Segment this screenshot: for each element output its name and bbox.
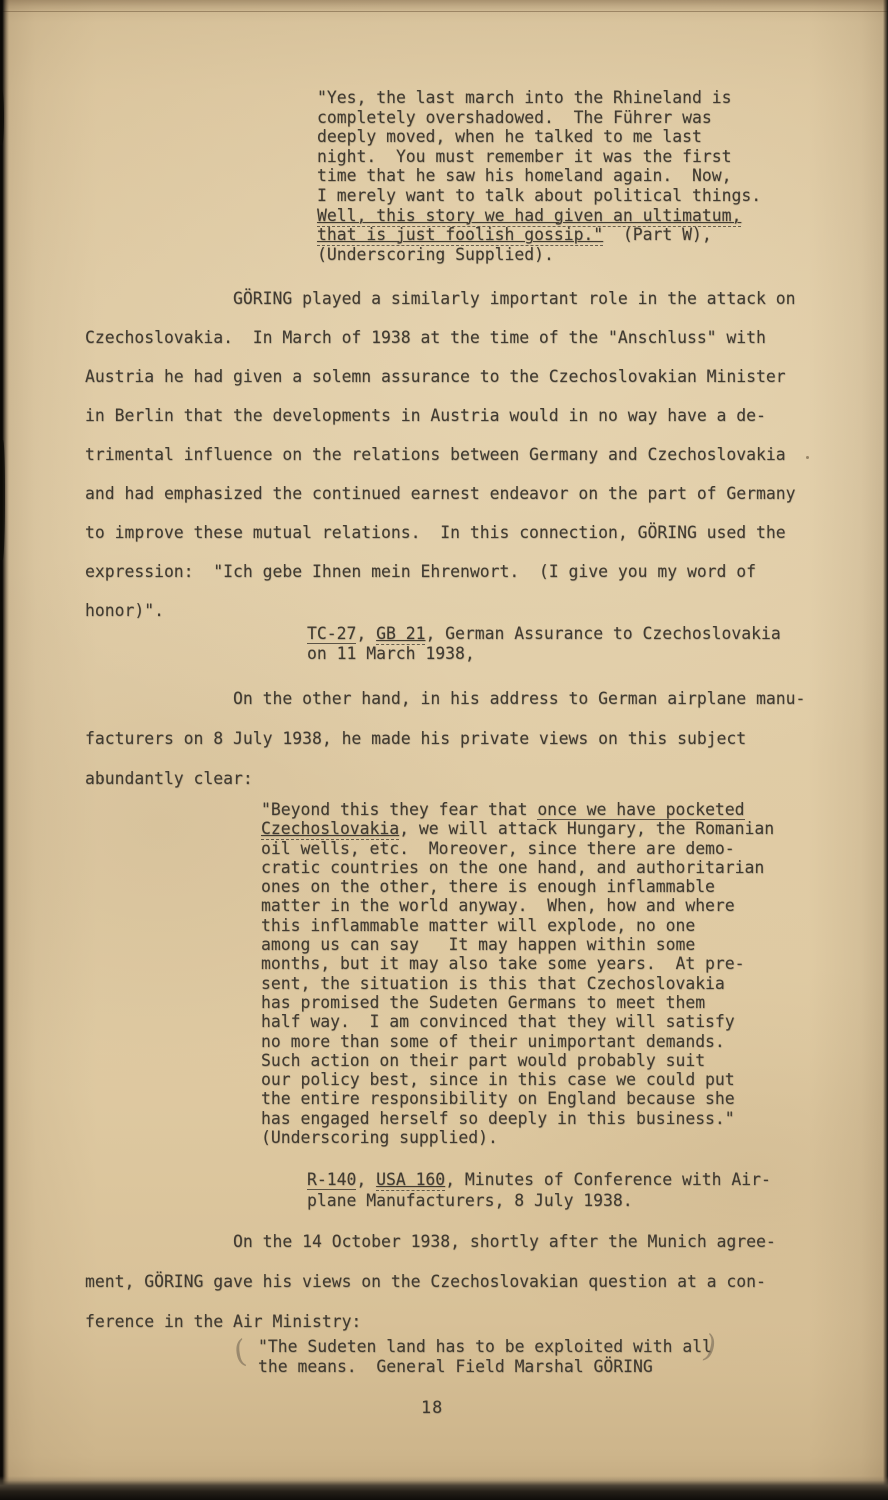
text-line: (Underscoring supplied).	[261, 1128, 774, 1147]
text-line: "Yes, the last march into the Rhineland …	[317, 88, 761, 108]
underscored-text: once we have pocketed	[537, 800, 744, 820]
typed-text: "Beyond this they fear that	[261, 800, 537, 819]
text-line: ference in the Air Ministry:	[85, 1302, 776, 1342]
text-line: (Underscoring Supplied).	[317, 245, 761, 265]
text-line: the means. General Field Marshal GÖRING	[258, 1357, 712, 1377]
underscored-text: Czechoslovakia	[261, 819, 399, 840]
text-line: time that he saw his homeland again. Now…	[317, 166, 761, 186]
typed-text: to improve these mutual relations. In th…	[85, 523, 786, 542]
typed-text: completely overshadowed. The Führer was	[317, 108, 712, 127]
typed-text: Austria he had given a solemn assurance …	[85, 367, 786, 386]
text-line: R-140, USA 160, Minutes of Conference wi…	[307, 1169, 771, 1190]
text-line: Such action on their part would probably…	[261, 1051, 774, 1070]
typed-text: ones on the other, there is enough infla…	[261, 877, 715, 896]
typed-text: "Yes, the last march into the Rhineland …	[317, 88, 731, 107]
text-line: "Beyond this they fear that once we have…	[261, 800, 774, 819]
citation-r140-usa160: R-140, USA 160, Minutes of Conference wi…	[307, 1169, 771, 1211]
typed-text: On the other hand, in his address to Ger…	[85, 689, 805, 708]
text-line: On the 14 October 1938, shortly after th…	[85, 1222, 776, 1262]
paragraph-munich-agreement: On the 14 October 1938, shortly after th…	[85, 1222, 776, 1342]
typed-text: on 11 March 1938,	[307, 644, 475, 663]
typed-text: plane Manufacturers, 8 July 1938.	[307, 1191, 633, 1210]
typed-text: cratic countries on the one hand, and au…	[261, 858, 764, 877]
typed-text: Czechoslovakia. In March of 1938 at the …	[85, 328, 766, 347]
text-line: the entire responsibility on England bec…	[261, 1089, 774, 1108]
text-line: night. You must remember it was the firs…	[317, 147, 761, 167]
typed-text: months, but it may also take some years.…	[261, 954, 745, 973]
typed-text: matter in the world anyway. When, how an…	[261, 896, 735, 915]
underscored-text: GB 21	[376, 624, 425, 645]
quote-rhineland: "Yes, the last march into the Rhineland …	[317, 88, 761, 264]
typed-text: expression: "Ich gebe Ihnen mein Ehrenwo…	[85, 562, 756, 581]
text-line: abundantly clear:	[85, 759, 805, 799]
text-line: facturers on 8 July 1938, he made his pr…	[85, 719, 805, 759]
typed-text: the means. General Field Marshal GÖRING	[258, 1357, 653, 1376]
typed-text: (Part W),	[603, 225, 712, 244]
text-line: trimental influence on the relations bet…	[85, 435, 796, 474]
typed-text: has promised the Sudeten Germans to meet…	[261, 993, 705, 1012]
underscored-text: that is just foolish gossip."	[317, 225, 603, 246]
typed-text: , we will attack Hungary, the Romanian	[399, 819, 774, 838]
typed-text: Such action on their part would probably…	[261, 1051, 705, 1070]
citation-tc27-gb21: TC-27, GB 21, German Assurance to Czecho…	[307, 624, 781, 664]
text-line: matter in the world anyway. When, how an…	[261, 896, 774, 915]
quote-airplane-manufacturers: "Beyond this they fear that once we have…	[261, 800, 774, 1147]
text-line: cratic countries on the one hand, and au…	[261, 858, 774, 877]
text-line: months, but it may also take some years.…	[261, 954, 774, 973]
typed-text: ment, GÖRING gave his views on the Czech…	[85, 1272, 766, 1291]
quote-sudetenland: "The Sudeten land has to be exploited wi…	[258, 1337, 712, 1377]
typed-text: time that he saw his homeland again. Now…	[317, 166, 731, 185]
typed-text: the entire responsibility on England bec…	[261, 1089, 735, 1108]
text-line: half way. I am convinced that they will …	[261, 1012, 774, 1031]
scanned-page: "Yes, the last march into the Rhineland …	[0, 0, 888, 1500]
text-line: oil wells, etc. Moreover, since there ar…	[261, 839, 774, 858]
underscored-text: USA 160	[376, 1170, 445, 1191]
typed-text: night. You must remember it was the firs…	[317, 147, 731, 166]
text-line: among us can say It may happen within so…	[261, 935, 774, 954]
paragraph-goering-anschluss: GÖRING played a similarly important role…	[85, 279, 796, 630]
document-text: "Yes, the last march into the Rhineland …	[0, 0, 888, 1500]
text-line: plane Manufacturers, 8 July 1938.	[307, 1190, 771, 1211]
typed-text: (Underscoring Supplied).	[317, 245, 554, 264]
text-line: Czechoslovakia. In March of 1938 at the …	[85, 318, 796, 357]
text-line: I merely want to talk about political th…	[317, 186, 761, 206]
typed-text: sent, the situation is this that Czechos…	[261, 974, 725, 993]
text-line: in Berlin that the developments in Austr…	[85, 396, 796, 435]
text-line: GÖRING played a similarly important role…	[85, 279, 796, 318]
page-number: 18	[421, 1397, 443, 1417]
typed-text: half way. I am convinced that they will …	[261, 1012, 735, 1031]
paragraph-airplane-address: On the other hand, in his address to Ger…	[85, 679, 805, 799]
underscored-text: Well, this story we had given an ultimat…	[317, 206, 741, 227]
text-line: completely overshadowed. The Führer was	[317, 108, 761, 128]
typed-text: our policy best, since in this case we c…	[261, 1070, 735, 1089]
text-line: sent, the situation is this that Czechos…	[261, 974, 774, 993]
text-line: Well, this story we had given an ultimat…	[317, 206, 761, 226]
text-line: ment, GÖRING gave his views on the Czech…	[85, 1262, 776, 1302]
typed-text: oil wells, etc. Moreover, since there ar…	[261, 839, 735, 858]
underscored-text: TC-27	[307, 624, 356, 644]
typed-text: "The Sudeten land has to be exploited wi…	[258, 1337, 712, 1356]
typed-text: facturers on 8 July 1938, he made his pr…	[85, 729, 746, 748]
underscored-text: R-140	[307, 1170, 356, 1190]
typed-text: trimental influence on the relations bet…	[85, 445, 786, 464]
typed-text: has engaged herself so deeply in this bu…	[261, 1109, 735, 1128]
typed-text: this inflammable matter will explode, no…	[261, 916, 695, 935]
typed-text: ference in the Air Ministry:	[85, 1312, 361, 1331]
typed-text: (Underscoring supplied).	[261, 1128, 498, 1147]
text-line: this inflammable matter will explode, no…	[261, 916, 774, 935]
typed-text: honor)".	[85, 601, 164, 620]
text-line: expression: "Ich gebe Ihnen mein Ehrenwo…	[85, 552, 796, 591]
typed-text: I merely want to talk about political th…	[317, 186, 761, 205]
text-line: Czechoslovakia, we will attack Hungary, …	[261, 819, 774, 838]
text-line: ones on the other, there is enough infla…	[261, 877, 774, 896]
typed-text: no more than some of their unimportant d…	[261, 1032, 725, 1051]
text-line: our policy best, since in this case we c…	[261, 1070, 774, 1089]
text-line: has engaged herself so deeply in this bu…	[261, 1109, 774, 1128]
text-line: "The Sudeten land has to be exploited wi…	[258, 1337, 712, 1357]
text-line: and had emphasized the continued earnest…	[85, 474, 796, 513]
text-line: that is just foolish gossip." (Part W),	[317, 225, 761, 245]
text-line: has promised the Sudeten Germans to meet…	[261, 993, 774, 1012]
typed-text: On the 14 October 1938, shortly after th…	[85, 1232, 776, 1251]
typed-text: deeply moved, when he talked to me last	[317, 127, 702, 146]
typed-text: , Minutes of Conference with Air-	[445, 1170, 771, 1189]
typed-text: and had emphasized the continued earnest…	[85, 484, 796, 503]
typed-text: , German Assurance to Czechoslovakia	[425, 624, 780, 643]
typed-text: abundantly clear:	[85, 769, 253, 788]
text-line: no more than some of their unimportant d…	[261, 1032, 774, 1051]
typed-text: among us can say It may happen within so…	[261, 935, 695, 954]
text-line: TC-27, GB 21, German Assurance to Czecho…	[307, 624, 781, 644]
text-line: to improve these mutual relations. In th…	[85, 513, 796, 552]
typed-text: ,	[356, 1170, 376, 1189]
typed-text: ,	[356, 624, 376, 643]
text-line: deeply moved, when he talked to me last	[317, 127, 761, 147]
text-line: Austria he had given a solemn assurance …	[85, 357, 796, 396]
text-line: on 11 March 1938,	[307, 644, 781, 664]
text-line: On the other hand, in his address to Ger…	[85, 679, 805, 719]
typed-text: GÖRING played a similarly important role…	[85, 289, 796, 308]
typed-text: in Berlin that the developments in Austr…	[85, 406, 766, 425]
